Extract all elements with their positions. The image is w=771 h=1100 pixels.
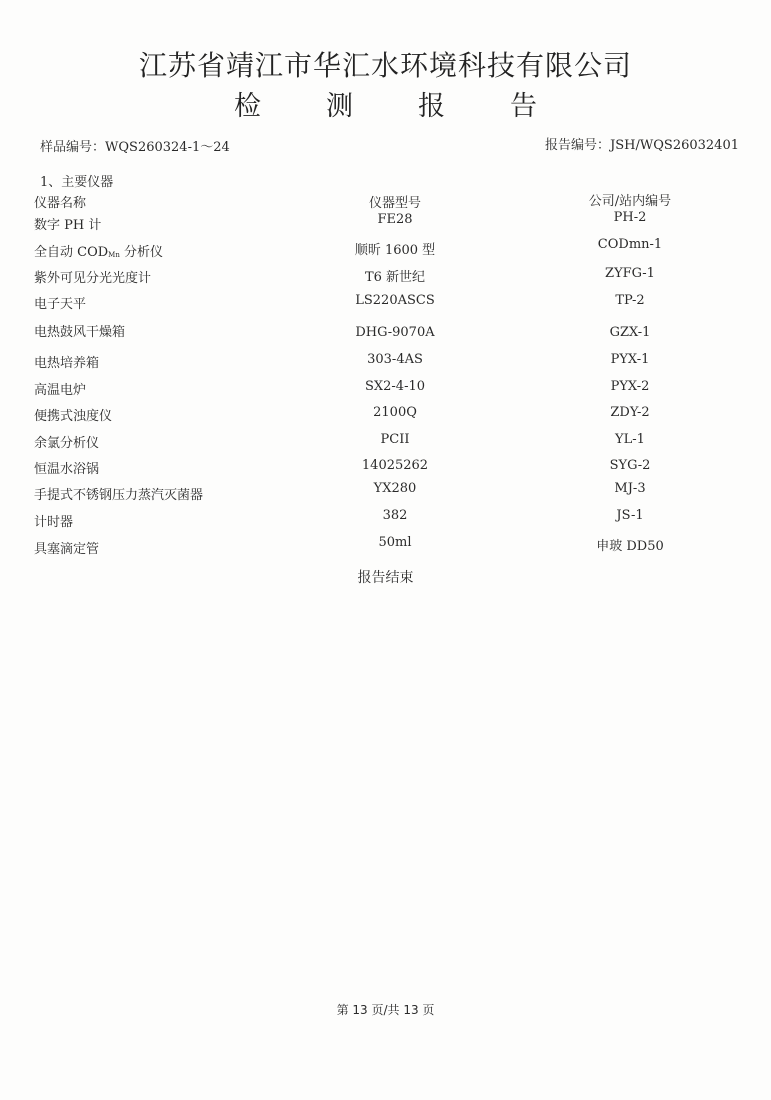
instrument-name: 计时器 [34, 511, 73, 530]
instrument-id: JS-1 [530, 508, 730, 523]
report-number-label: 报告编号： [545, 138, 610, 153]
instrument-id: MJ-3 [530, 481, 730, 496]
header-instrument-name: 仪器名称 [34, 192, 86, 211]
instrument-name: 全自动 CODMn 分析仪 [34, 241, 163, 260]
instrument-id: ZYFG-1 [530, 266, 730, 281]
instrument-name: 数字 PH 计 [34, 214, 101, 233]
page-number: 第 13 页/共 13 页 [0, 1001, 771, 1018]
section-title: 1、主要仪器 [40, 171, 113, 190]
report-number: 报告编号：JSH/WQS26032401 [545, 134, 739, 153]
instrument-name: 电热鼓风干燥箱 [34, 321, 125, 340]
sample-number-value: WQS260324-1～24 [105, 140, 230, 155]
instrument-model: FE28 [295, 212, 495, 227]
instrument-name: 余氯分析仪 [34, 432, 99, 451]
table-row: 紫外可见分光光度计 T6 新世纪 ZYFG-1 [0, 267, 771, 287]
sample-number-label: 样品编号： [40, 140, 105, 155]
instrument-name: 便携式浊度仪 [34, 405, 112, 424]
report-title-char: 报 [386, 84, 478, 123]
table-row: 电热鼓风干燥箱 DHG-9070A GZX-1 [0, 321, 771, 341]
instrument-model: YX280 [295, 481, 495, 496]
instrument-id: YL-1 [530, 432, 730, 447]
instrument-name: 紫外可见分光光度计 [34, 267, 151, 286]
subscript-mn: Mn [108, 251, 120, 259]
instrument-model: 2100Q [295, 405, 495, 420]
instrument-id: SYG-2 [530, 458, 730, 473]
company-title: 江苏省靖江市华汇水环境科技有限公司 [0, 44, 771, 84]
instrument-model: PCII [295, 432, 495, 447]
table-row: 电子天平 LS220ASCS TP-2 [0, 293, 771, 313]
instrument-model: 303-4AS [295, 352, 495, 367]
table-row: 数字 PH 计 FE28 PH-2 [0, 214, 771, 234]
table-row: 余氯分析仪 PCII YL-1 [0, 432, 771, 452]
instrument-model: LS220ASCS [295, 293, 495, 308]
report-title: 检 测 报 告 [0, 84, 771, 123]
header-instrument-model: 仪器型号 [295, 192, 495, 211]
instrument-model: 顺昕 1600 型 [295, 239, 495, 258]
table-row: 电热培养箱 303-4AS PYX-1 [0, 352, 771, 372]
report-title-char: 测 [294, 84, 386, 123]
instrument-name: 恒温水浴锅 [34, 458, 99, 477]
report-title-char: 检 [202, 84, 294, 123]
instrument-model: 14025262 [295, 458, 495, 473]
instrument-name: 电子天平 [34, 293, 86, 312]
sample-number: 样品编号：WQS260324-1～24 [40, 136, 230, 155]
instrument-model: DHG-9070A [295, 325, 495, 340]
instrument-id: PYX-1 [530, 352, 730, 367]
report-number-value: JSH/WQS26032401 [610, 138, 739, 153]
instrument-model: 50ml [295, 535, 495, 550]
report-end-text: 报告结束 [0, 567, 771, 587]
instrument-id: PYX-2 [530, 379, 730, 394]
table-row: 具塞滴定管 50ml 申玻 DD50 [0, 538, 771, 558]
table-row: 便携式浊度仪 2100Q ZDY-2 [0, 405, 771, 425]
table-header-row: 仪器名称 仪器型号 公司/站内编号 [0, 192, 771, 212]
report-title-char: 告 [478, 84, 570, 123]
instrument-id: PH-2 [530, 210, 730, 225]
table-row: 全自动 CODMn 分析仪 顺昕 1600 型 CODmn-1 [0, 241, 771, 261]
table-row: 恒温水浴锅 14025262 SYG-2 [0, 458, 771, 478]
table-row: 计时器 382 JS-1 [0, 511, 771, 531]
instrument-name: 高温电炉 [34, 379, 86, 398]
instrument-id: 申玻 DD50 [530, 535, 730, 554]
instrument-id: ZDY-2 [530, 405, 730, 420]
instrument-name: 具塞滴定管 [34, 538, 99, 557]
instrument-model: SX2-4-10 [295, 379, 495, 394]
instrument-id: GZX-1 [530, 325, 730, 340]
table-row: 高温电炉 SX2-4-10 PYX-2 [0, 379, 771, 399]
instrument-id: CODmn-1 [530, 237, 730, 252]
instrument-model: 382 [295, 508, 495, 523]
header-instrument-id: 公司/站内编号 [530, 190, 730, 209]
instrument-name: 手提式不锈钢压力蒸汽灭菌器 [34, 484, 203, 503]
instrument-model: T6 新世纪 [295, 266, 495, 285]
instrument-name: 电热培养箱 [34, 352, 99, 371]
table-row: 手提式不锈钢压力蒸汽灭菌器 YX280 MJ-3 [0, 484, 771, 504]
instrument-id: TP-2 [530, 293, 730, 308]
